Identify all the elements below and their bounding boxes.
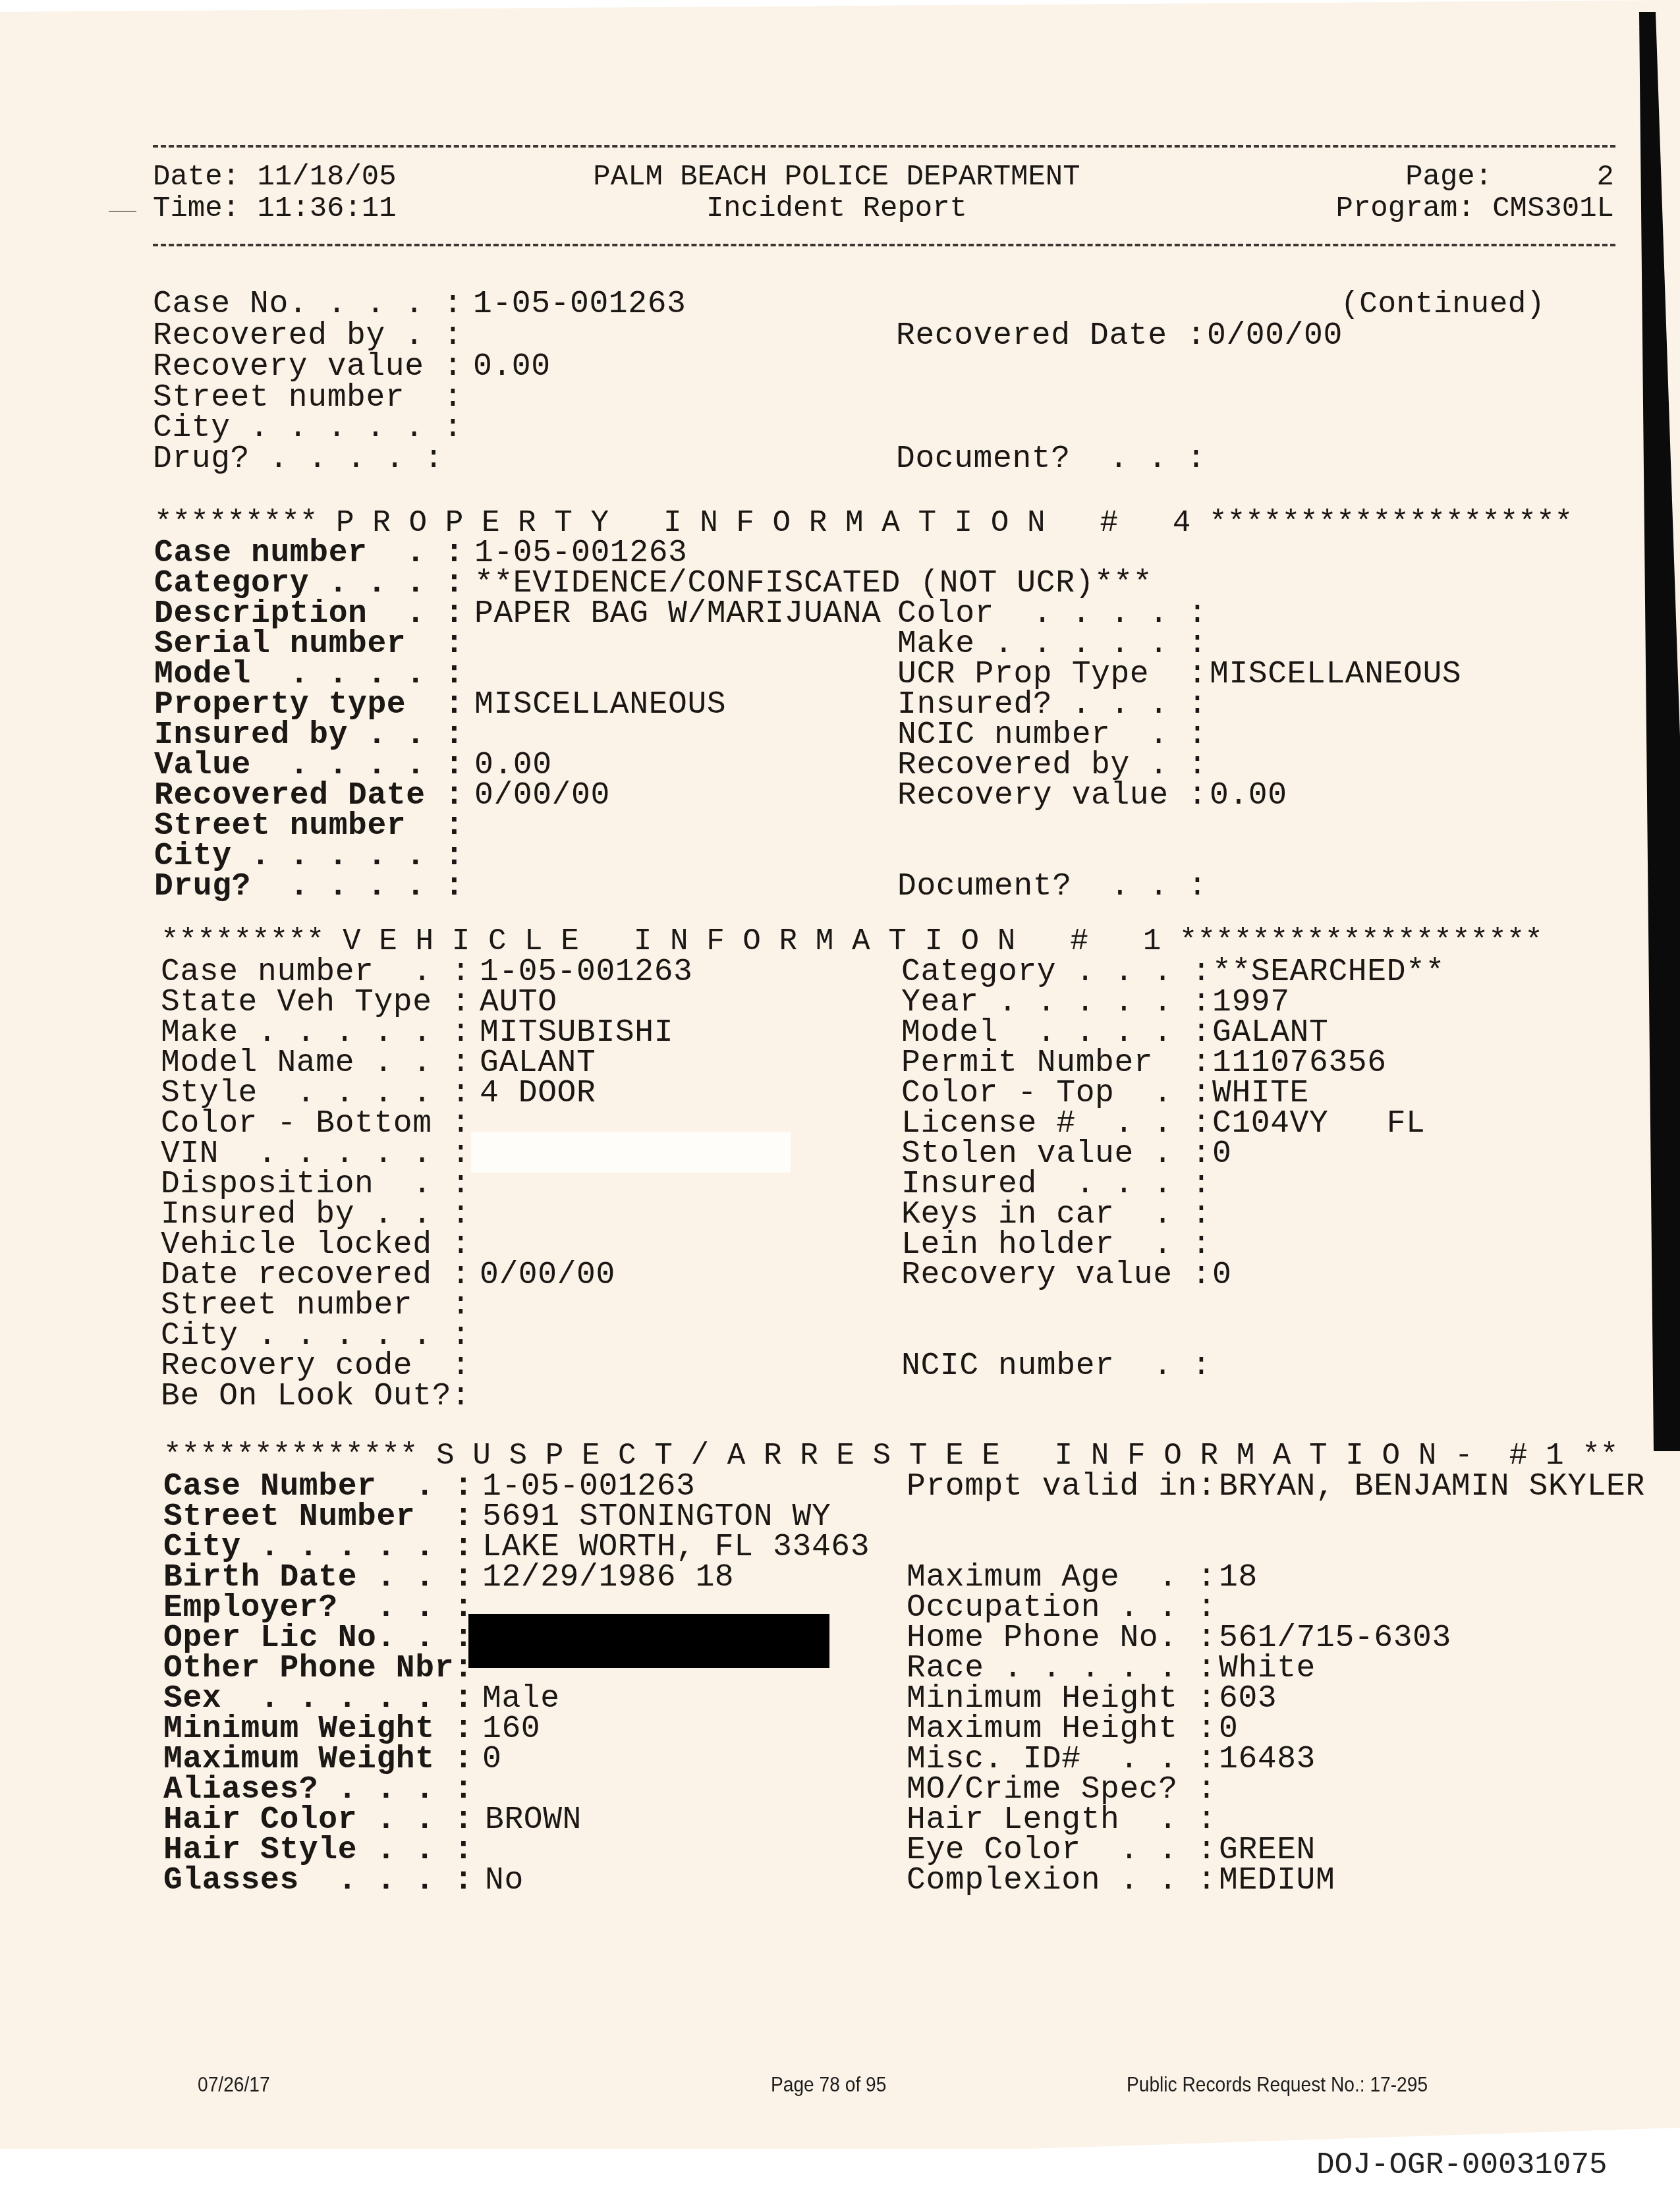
field-label: Prompt valid in: [907,1471,1216,1503]
field-label: Race . . . . . : [907,1653,1216,1684]
field-label: Aliases? . . . : [163,1774,473,1806]
field-label: Recovered by . : [897,750,1207,781]
field-label: Color - Top . : [901,1078,1211,1109]
field-label: City . . . . . : [154,841,464,872]
field-value: AUTO [480,987,557,1018]
field-value: 1-05-001263 [473,289,686,320]
field-label: Serial number : [154,628,464,660]
field-value: 561/715-6303 [1219,1622,1451,1654]
field-label: Model . . . . : [901,1017,1211,1049]
field-label: Case number . : [161,956,470,988]
footer-request-number: Public Records Request No.: 17-295 [1127,2072,1428,2096]
field-value: 16483 [1219,1744,1316,1775]
field-label: NCIC number . : [901,1350,1211,1382]
field-value: 1-05-001263 [480,956,692,988]
field-label: Occupation . . : [907,1592,1216,1624]
field-value: LAKE WORTH, FL 33463 [482,1532,870,1563]
header-top-rule [153,145,1615,148]
field-label: Glasses . . . : [163,1865,473,1896]
field-label: Recovery value : [901,1260,1211,1291]
field-label: Home Phone No. : [907,1622,1216,1654]
field-label: Permit Number : [901,1047,1211,1079]
field-label: Complexion . . : [907,1865,1216,1896]
field-label: Make . . . . . : [897,628,1207,660]
field-value: 0.00 [473,351,551,383]
field-label: Vehicle locked : [161,1229,470,1261]
field-value: 603 [1219,1683,1277,1715]
field-label: Case No. . . . : [153,289,462,320]
field-value: 0 [1212,1138,1231,1170]
header-date: Date: 11/18/05 [153,161,397,193]
field-value: 111076356 [1212,1047,1387,1079]
field-value: 5691 STONINGTON WY [482,1501,831,1533]
bates-stamp: DOJ-OGR-00031075 [1316,2149,1608,2182]
field-value: 0/00/00 [480,1260,615,1291]
field-value: 160 [482,1713,540,1745]
department-name: PALM BEACH POLICE DEPARTMENT [540,161,1133,193]
field-label: Eye Color . . : [907,1835,1216,1866]
field-label: Recovered Date : [896,320,1206,352]
field-value: 0.00 [474,750,552,781]
field-label: Color - Bottom : [161,1108,470,1140]
field-label: Other Phone Nbr: [163,1653,473,1684]
field-label: Street Number : [163,1501,473,1533]
field-label: Employer? . . : [163,1592,473,1624]
field-value: No [485,1865,524,1896]
field-label: Insured by . . : [154,719,464,751]
field-label: Year . . . . . : [901,987,1211,1018]
field-label: Color . . . . : [897,598,1207,630]
field-value: 18 [1219,1562,1258,1593]
field-value: BROWN [485,1804,582,1836]
field-label: Category . . . : [901,956,1211,988]
field-label: State Veh Type : [161,987,470,1018]
field-label: City . . . . . : [163,1532,473,1563]
field-label: Disposition . : [161,1169,470,1200]
report-title: Incident Report [540,193,1133,225]
field-label: Street number : [154,810,464,842]
field-label: Recovery value : [153,351,462,383]
field-label: Street number : [153,382,462,414]
field-label: Document? . . : [897,871,1207,902]
field-label: Street number : [161,1290,470,1321]
field-value: MITSUBISHI [480,1017,673,1049]
field-label: Make . . . . . : [161,1017,470,1049]
field-label: MO/Crime Spec? : [907,1774,1216,1806]
field-label: Keys in car . : [901,1199,1211,1231]
vin-whiteout-redaction [471,1132,791,1173]
field-label: Minimum Height : [907,1683,1216,1715]
field-value: GREEN [1219,1835,1316,1866]
field-label: Maximum Height : [907,1713,1216,1745]
field-label: Drug? . . . . : [154,871,464,902]
header-bottom-rule [153,244,1615,246]
field-label: UCR Prop Type : [897,659,1207,690]
field-value: GALANT [480,1047,596,1079]
footer-page-count: Page 78 of 95 [771,2072,886,2096]
field-value: GALANT [1212,1017,1328,1049]
field-label: Recovery code : [161,1350,470,1382]
field-value: PAPER BAG W/MARIJUANA [474,598,882,630]
field-value: WHITE [1212,1078,1309,1109]
field-value: 1-05-001263 [474,538,687,569]
header-page: Page: 2 [1405,161,1614,193]
field-label: Sex . . . . . : [163,1683,473,1715]
field-label: VIN . . . . . : [161,1138,470,1170]
field-label: Misc. ID# . . : [907,1744,1216,1775]
field-label: Maximum Age . : [907,1562,1216,1593]
field-value: C104VY FL [1212,1108,1425,1140]
field-label: Maximum Weight : [163,1744,473,1775]
suspect-section-title: ************** S U S P E C T / A R R E S… [163,1440,1618,1472]
margin-mark [109,211,136,212]
field-value: MISCELLANEOUS [474,689,726,721]
field-label: Hair Length . : [907,1804,1216,1836]
field-label: Hair Color . . : [163,1804,473,1836]
field-value: 1997 [1212,987,1290,1018]
field-label: Stolen value . : [901,1138,1211,1170]
field-label: Birth Date . . : [163,1562,473,1593]
header-time: Time: 11:36:11 [153,193,397,225]
field-label: Recovered by . : [153,320,462,352]
property-section-title: ********* P R O P E R T Y I N F O R M A … [154,507,1573,539]
header-program: Program: CMS301L [1336,193,1614,225]
field-label: Date recovered : [161,1260,470,1291]
field-label: Description . : [154,598,464,630]
field-value: 1-05-001263 [482,1471,695,1503]
field-label: License # . . : [901,1108,1211,1140]
field-value: 0.00 [1210,780,1287,812]
field-label: Lein holder . : [901,1229,1211,1261]
continued-label: (Continued) [1341,289,1545,320]
field-label: Insured? . . . : [897,689,1207,721]
footer-date: 07/26/17 [198,2072,270,2096]
field-value: 0 [482,1744,501,1775]
field-value: MEDIUM [1219,1865,1335,1896]
suspect-name: BRYAN, BENJAMIN SKYLER [1219,1471,1645,1503]
field-label: Category . . . : [154,568,464,599]
field-value: MISCELLANEOUS [1210,659,1461,690]
field-label: Property type : [154,689,464,721]
field-label: Recovered Date : [154,780,464,812]
field-value: White [1219,1653,1316,1684]
field-label: Insured by . . : [161,1199,470,1231]
field-label: Hair Style . . : [163,1835,473,1866]
vehicle-section-title: ********* V E H I C L E I N F O R M A T … [161,926,1543,957]
field-label: NCIC number . : [897,719,1207,751]
field-label: Be On Look Out?: [161,1381,470,1412]
field-label: City . . . . . : [161,1320,470,1352]
field-label: Case Number . : [163,1471,473,1503]
field-label: Insured . . . : [901,1169,1211,1200]
field-value: **EVIDENCE/CONFISCATED (NOT UCR)*** [474,568,1152,599]
field-label: Case number . : [154,538,464,569]
field-label: Drug? . . . . : [153,443,443,475]
field-label: Value . . . . : [154,750,464,781]
field-label: Model . . . . : [154,659,464,690]
field-value: 0 [1212,1260,1231,1291]
field-label: City . . . . . : [153,412,462,444]
redaction-box [468,1614,829,1668]
field-label: Oper Lic No. . : [163,1622,473,1654]
field-label: Recovery value : [897,780,1207,812]
field-label: Model Name . . : [161,1047,470,1079]
field-value: 0/00/00 [1207,320,1343,352]
field-label: Document? . . : [896,443,1206,475]
field-label: Style . . . . : [161,1078,470,1109]
field-value: 12/29/1986 18 [482,1562,734,1593]
field-value: 0 [1219,1713,1238,1745]
field-label: Minimum Weight : [163,1713,473,1745]
field-value: 0/00/00 [474,780,610,812]
field-value: Male [482,1683,560,1715]
field-value: 4 DOOR [480,1078,596,1109]
field-value: **SEARCHED** [1212,956,1445,988]
